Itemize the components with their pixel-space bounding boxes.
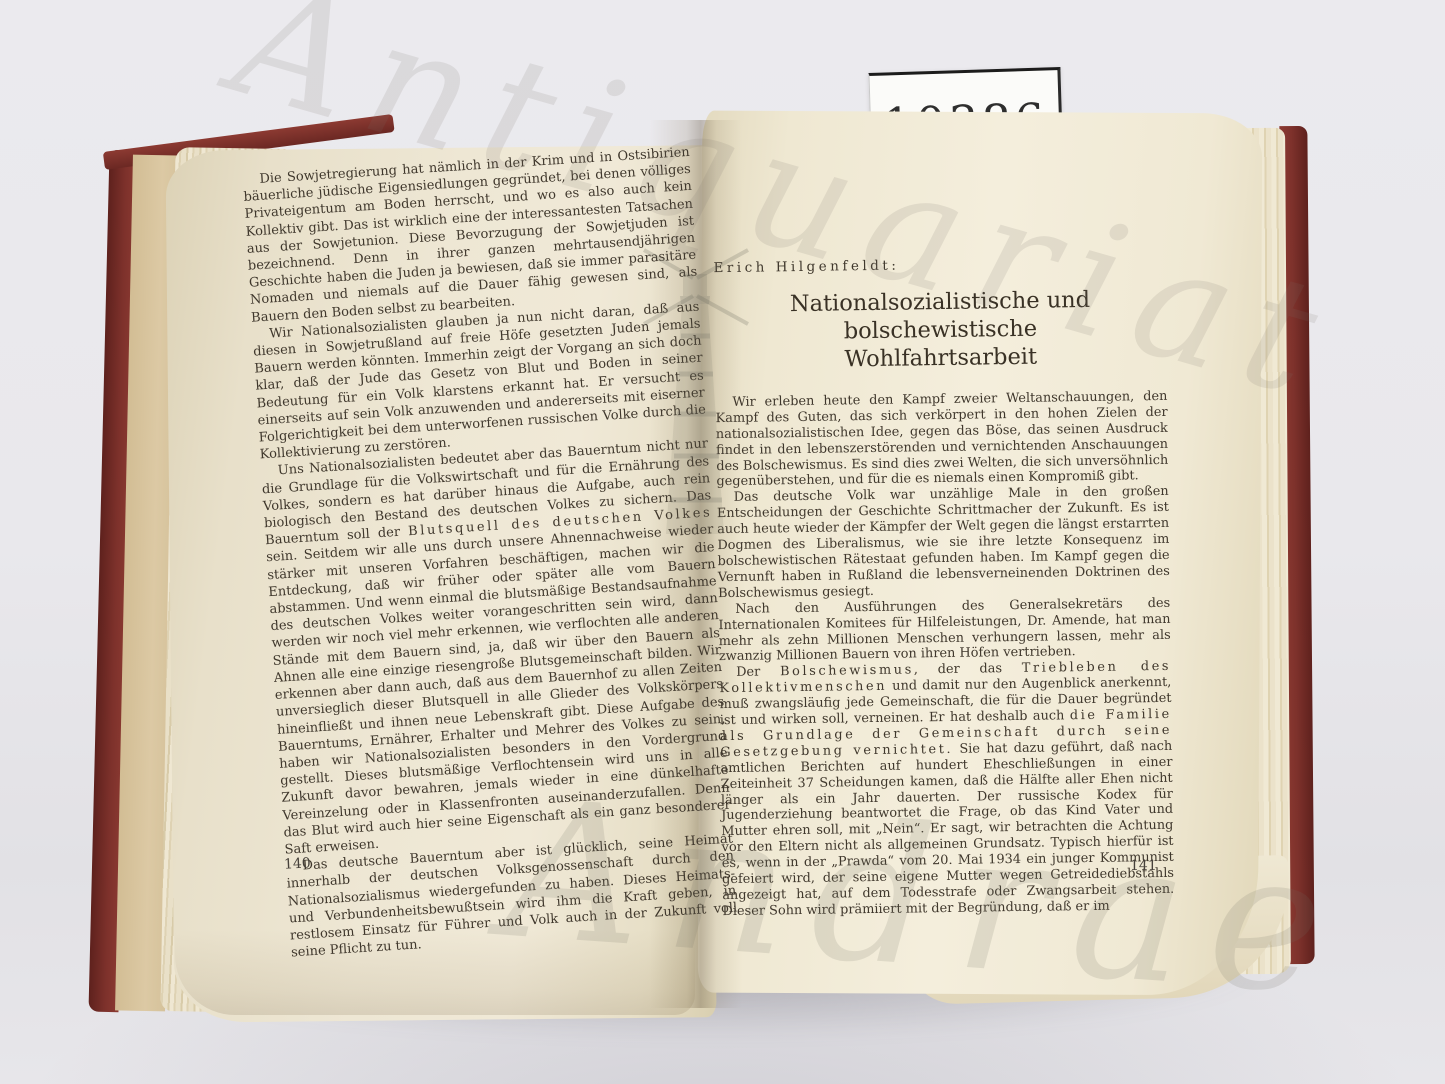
book-photo-scene: 10386 Die Sowjetregierung hat nämlich in… xyxy=(0,0,1445,1084)
paragraph: Uns Nationalsozialisten bedeutet aber da… xyxy=(260,436,732,859)
chapter-title: Nationalsozialistische und bolschewistis… xyxy=(714,285,1167,375)
chapter-title-line2: Wohlfahrtsarbeit xyxy=(844,344,1037,373)
right-page-text: Erich Hilgenfeldt: Nationalsozialistisch… xyxy=(713,255,1174,920)
left-page-text: Die Sowjetregierung hat nämlich in der K… xyxy=(242,144,739,962)
paragraph: Das deutsche Volk war unzählige Male in … xyxy=(717,484,1171,602)
left-page-number: 140 xyxy=(284,855,312,872)
right-page-number: 141 xyxy=(1130,858,1157,874)
paragraph: Nach den Ausführungen des Generalsekretä… xyxy=(718,596,1171,666)
paragraph: Wir erleben heute den Kampf zweier Welta… xyxy=(715,389,1168,491)
chapter-title-line1: Nationalsozialistische und bolschewistis… xyxy=(790,287,1091,344)
paragraph: Die Sowjetregierung hat nämlich in der K… xyxy=(242,144,699,327)
right-page-paragraphs: Wir erleben heute den Kampf zweier Welta… xyxy=(715,389,1174,920)
paragraph: Der Bolschewismus, der das Triebleben de… xyxy=(719,659,1175,920)
